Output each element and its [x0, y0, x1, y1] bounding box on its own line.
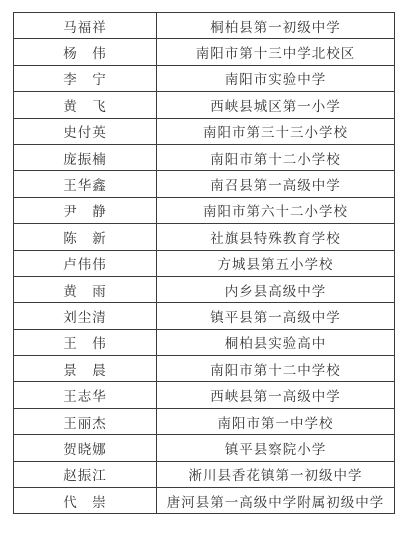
- school-cell: 内乡县高级中学: [157, 276, 395, 302]
- school-cell: 南阳市第十二小学校: [157, 144, 395, 170]
- name-cell: 尹 静: [14, 197, 157, 223]
- table-row: 王华鑫 南召县第一高级中学: [14, 171, 395, 197]
- school-cell: 南阳市第三十三小学校: [157, 118, 395, 144]
- name-cell: 庞振楠: [14, 144, 157, 170]
- name-cell: 陈 新: [14, 224, 157, 250]
- name-cell: 代 崇: [14, 488, 157, 514]
- school-cell: 桐柏县第一初级中学: [157, 13, 395, 39]
- table-row: 黄 雨 内乡县高级中学: [14, 276, 395, 302]
- table-row: 刘尘清 镇平县第一高级中学: [14, 303, 395, 329]
- school-cell: 南阳市实验中学: [157, 65, 395, 91]
- name-cell: 王丽杰: [14, 408, 157, 434]
- name-cell: 王华鑫: [14, 171, 157, 197]
- table-row: 卢伟伟 方城县第五小学校: [14, 250, 395, 276]
- school-cell: 社旗县特殊教育学校: [157, 224, 395, 250]
- name-cell: 王志华: [14, 382, 157, 408]
- table-row: 景 晨 南阳市第十二中学校: [14, 356, 395, 382]
- school-cell: 镇平县第一高级中学: [157, 303, 395, 329]
- table-row: 王志华 西峡县第一高级中学: [14, 382, 395, 408]
- table-row: 陈 新 社旗县特殊教育学校: [14, 224, 395, 250]
- school-cell: 西峡县城区第一小学: [157, 92, 395, 118]
- name-cell: 景 晨: [14, 356, 157, 382]
- roster-table-body: 马福祥 桐柏县第一初级中学 杨 伟 南阳市第十三中学北校区 李 宁 南阳市实验中…: [14, 13, 395, 514]
- school-cell: 桐柏县实验高中: [157, 329, 395, 355]
- table-row: 代 崇 唐河县第一高级中学附属初级中学: [14, 488, 395, 514]
- school-cell: 淅川县香花镇第一初级中学: [157, 461, 395, 487]
- school-cell: 镇平县察院小学: [157, 435, 395, 461]
- table-row: 贺晓娜 镇平县察院小学: [14, 435, 395, 461]
- name-cell: 赵振江: [14, 461, 157, 487]
- name-cell: 刘尘清: [14, 303, 157, 329]
- name-cell: 卢伟伟: [14, 250, 157, 276]
- name-cell: 马福祥: [14, 13, 157, 39]
- school-cell: 方城县第五小学校: [157, 250, 395, 276]
- school-cell: 南阳市第一中学校: [157, 408, 395, 434]
- table-row: 庞振楠 南阳市第十二小学校: [14, 144, 395, 170]
- table-row: 赵振江 淅川县香花镇第一初级中学: [14, 461, 395, 487]
- table-row: 王 伟 桐柏县实验高中: [14, 329, 395, 355]
- name-cell: 李 宁: [14, 65, 157, 91]
- school-cell: 南阳市第六十二小学校: [157, 197, 395, 223]
- school-cell: 南召县第一高级中学: [157, 171, 395, 197]
- table-row: 李 宁 南阳市实验中学: [14, 65, 395, 91]
- table-row: 马福祥 桐柏县第一初级中学: [14, 13, 395, 39]
- table-row: 杨 伟 南阳市第十三中学北校区: [14, 39, 395, 65]
- name-cell: 王 伟: [14, 329, 157, 355]
- name-cell: 黄 雨: [14, 276, 157, 302]
- table-row: 尹 静 南阳市第六十二小学校: [14, 197, 395, 223]
- name-cell: 杨 伟: [14, 39, 157, 65]
- table-row: 王丽杰 南阳市第一中学校: [14, 408, 395, 434]
- name-cell: 史付英: [14, 118, 157, 144]
- table-row: 黄 飞 西峡县城区第一小学: [14, 92, 395, 118]
- school-cell: 南阳市第十三中学北校区: [157, 39, 395, 65]
- school-cell: 西峡县第一高级中学: [157, 382, 395, 408]
- name-cell: 黄 飞: [14, 92, 157, 118]
- school-cell: 唐河县第一高级中学附属初级中学: [157, 488, 395, 514]
- document-page: 马福祥 桐柏县第一初级中学 杨 伟 南阳市第十三中学北校区 李 宁 南阳市实验中…: [0, 0, 412, 538]
- table-row: 史付英 南阳市第三十三小学校: [14, 118, 395, 144]
- name-cell: 贺晓娜: [14, 435, 157, 461]
- school-cell: 南阳市第十二中学校: [157, 356, 395, 382]
- roster-table: 马福祥 桐柏县第一初级中学 杨 伟 南阳市第十三中学北校区 李 宁 南阳市实验中…: [13, 12, 395, 514]
